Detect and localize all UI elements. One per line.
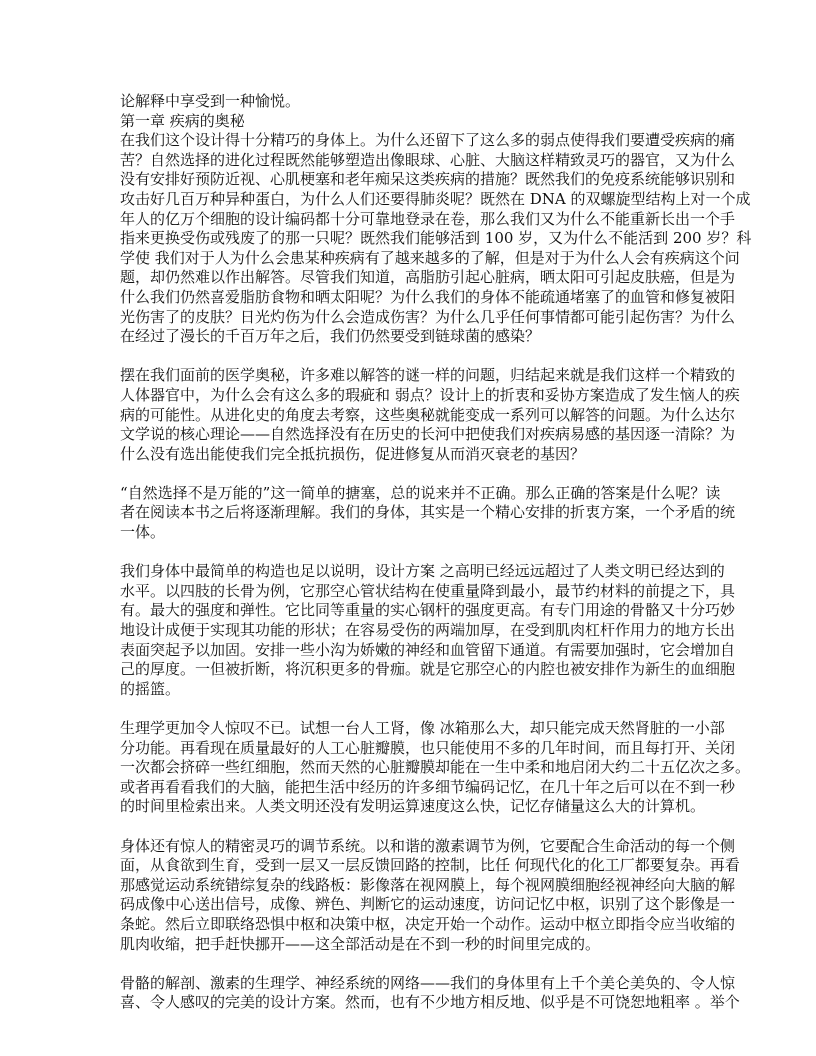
paragraph-gap: [120, 347, 700, 367]
paragraph-gap: [120, 954, 700, 974]
text-line: 码成像中心送出信号，成像、辨色、判断它的运动速度，访问记忆中枢，识别了这个影像是…: [120, 895, 700, 915]
document-page: 论解释中享受到一种愉悦。 第一章 疾病的奥秘 在我们这个设计得十分精巧的身体上。…: [120, 92, 700, 1013]
text-line: 者在阅读本书之后将逐渐理解。我们的身体，其实是一个精心安排的折衷方案，一个矛盾的…: [120, 503, 700, 523]
text-line: 我们身体中最简单的构造也足以说明，设计方案 之高明已经远远超过了人类文明已经达到…: [120, 562, 700, 582]
text-line: 病的可能性。从进化史的角度去考察，这些奥秘就能变成一系列可以解答的问题。为什么达…: [120, 406, 700, 426]
paragraph-gap: [120, 699, 700, 719]
document-body: 在我们这个设计得十分精巧的身体上。为什么还留下了这么多的弱点使得我们要遭受疾病的…: [120, 131, 700, 1013]
text-line: 条蛇。然后立即联络恐惧中枢和决策中枢，决定开始一个动作。运动中枢立即指令应当收缩…: [120, 915, 700, 935]
text-line: 己的厚度。一但被折断，将沉积更多的骨痂。就是它那空心的内腔也被安排作为新生的血细…: [120, 660, 700, 680]
paragraph-gap: [120, 817, 700, 837]
text-line: 没有安排好预防近视、心肌梗塞和老年痴呆这类疾病的措施？既然我们的免疫系统能够识别…: [120, 170, 700, 190]
text-line: 一体。: [120, 523, 700, 543]
text-line: 什么没有选出能使我们完全抵抗损伤，促进修复从而消灭衰老的基因？: [120, 445, 700, 465]
text-line: 生理学更加令人惊叹不已。试想一台人工肾，像 冰箱那么大，却只能完成天然肾脏的一小…: [120, 719, 700, 739]
paragraph: 在我们这个设计得十分精巧的身体上。为什么还留下了这么多的弱点使得我们要遭受疾病的…: [120, 131, 700, 347]
paragraph-gap: [120, 464, 700, 484]
text-line: 肌肉收缩，把手赶快挪开——这全部活动是在不到一秒的时间里完成的。: [120, 935, 700, 955]
text-line: “自然选择不是万能的”这一简单的搪塞，总的说来并不正确。那么正确的答案是什么呢？…: [120, 484, 700, 504]
text-line: 摆在我们面前的医学奥秘，许多难以解答的谜一样的问题，归结起来就是我们这样一个精致…: [120, 366, 700, 386]
text-line: 光伤害了的皮肤？日光灼伤为什么会造成伤害？为什么几乎任何事情都可能引起伤害？为什…: [120, 308, 700, 328]
text-line: 的摇篮。: [120, 680, 700, 700]
paragraph: 摆在我们面前的医学奥秘，许多难以解答的谜一样的问题，归结起来就是我们这样一个精致…: [120, 366, 700, 464]
text-line: 攻击好几百万种异种蛋白，为什么人们还要得肺炎呢？既然在 DNA 的双螺旋型结构上…: [120, 190, 700, 210]
text-line: 那感觉运动系统错综复杂的线路板：影像落在视网膜上，每个视网膜细胞经视神经向大脑的…: [120, 876, 700, 896]
text-line: 喜、令人感叹的完美的设计方案。然而，也有不少地方相反地、似乎是不可饶恕地粗率 。…: [120, 993, 700, 1013]
text-line: 面，从食欲到生育，受到一层又一层反馈回路的控制，比任 何现代化的化工厂都要复杂。…: [120, 856, 700, 876]
paragraph: “自然选择不是万能的”这一简单的搪塞，总的说来并不正确。那么正确的答案是什么呢？…: [120, 484, 700, 543]
text-line: 地设计成便于实现其功能的形状；在容易受伤的两端加厚，在受到肌肉杠杆作用力的地方长…: [120, 621, 700, 641]
text-line: 表面突起予以加固。安排一些小沟为娇嫩的神经和血管留下通道。有需要加强时，它会增加…: [120, 641, 700, 661]
text-line: 在我们这个设计得十分精巧的身体上。为什么还留下了这么多的弱点使得我们要遭受疾病的…: [120, 131, 700, 151]
text-line: 年人的亿万个细胞的设计编码都十分可靠地登录在卷，那么我们又为什么不能重新长出一个…: [120, 210, 700, 230]
text-line: 苦？自然选择的进化过程既然能够塑造出像眼球、心脏、大脑这样精致灵巧的器官，又为什…: [120, 151, 700, 171]
paragraph: 我们身体中最简单的构造也足以说明，设计方案 之高明已经远远超过了人类文明已经达到…: [120, 562, 700, 699]
paragraph: 生理学更加令人惊叹不已。试想一台人工肾，像 冰箱那么大，却只能完成天然肾脏的一小…: [120, 719, 700, 817]
chapter-title: 第一章 疾病的奥秘: [120, 112, 700, 132]
text-line: 一次都会挤碎一些红细胞，然而天然的心脏瓣膜却能在一生中柔和地启闭大约二十五亿次之…: [120, 758, 700, 778]
paragraph: 身体还有惊人的精密灵巧的调节系统。以和谐的激素调节为例，它要配合生命活动的每一个…: [120, 837, 700, 955]
text-line: 文学说的核心理论——自然选择没有在历史的长河中把使我们对疾病易感的基因逐一清除？…: [120, 425, 700, 445]
text-line: 的时间里检索出来。人类文明还没有发明运算速度这么快，记忆存储量这么大的计算机。: [120, 797, 700, 817]
text-line: 题，却仍然难以作出解答。尽管我们知道，高脂肪引起心脏病，晒太阳可引起皮肤癌，但是…: [120, 268, 700, 288]
text-line: 水平。以四肢的长骨为例，它那空心管状结构在使重量降到最小，最节约材料的前提之下，…: [120, 582, 700, 602]
paragraph-gap: [120, 543, 700, 563]
text-line: 学使 我们对于人为什么会患某种疾病有了越来越多的了解，但是对于为什么人会有疾病这…: [120, 249, 700, 269]
text-line: 人体器官中，为什么会有这么多的瑕疵和 弱点？设计上的折衷和妥协方案造成了发生恼人…: [120, 386, 700, 406]
text-line: 骨骼的解剖、激素的生理学、神经系统的网络——我们的身体里有上千个美仑美奂的、令人…: [120, 974, 700, 994]
text-line: 在经过了漫长的千百万年之后，我们仍然要受到链球菌的感染？: [120, 327, 700, 347]
paragraph: 骨骼的解剖、激素的生理学、神经系统的网络——我们的身体里有上千个美仑美奂的、令人…: [120, 974, 700, 1013]
text-line: 分功能。再看现在质量最好的人工心脏瓣膜，也只能使用不多的几年时间，而且每打开、关…: [120, 739, 700, 759]
text-line: 有。最大的强度和弹性。它比同等重量的实心钢杆的强度更高。有专门用途的骨骼又十分巧…: [120, 601, 700, 621]
text-line: 指来更换受伤或残废了的那一只呢？既然我们能够活到 100 岁，又为什么不能活到 …: [120, 229, 700, 249]
text-line: 身体还有惊人的精密灵巧的调节系统。以和谐的激素调节为例，它要配合生命活动的每一个…: [120, 837, 700, 857]
lead-line: 论解释中享受到一种愉悦。: [120, 92, 700, 112]
text-line: 或者再看看我们的大脑，能把生活中经历的许多细节编码记忆，在几十年之后可以在不到一…: [120, 778, 700, 798]
text-line: 什么我们仍然喜爱脂肪食物和晒太阳呢？为什么我们的身体不能疏通堵塞了的血管和修复被…: [120, 288, 700, 308]
